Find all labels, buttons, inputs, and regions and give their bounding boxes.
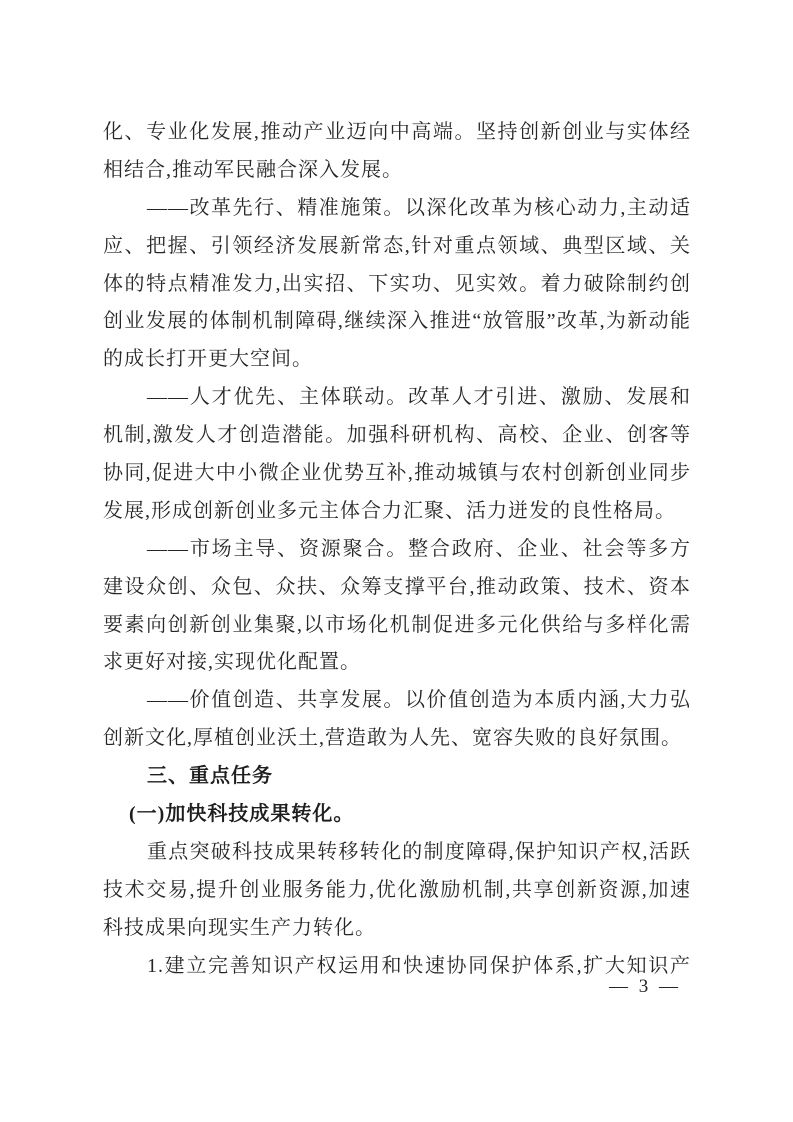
text-line: 要素向创新创业集聚,以市场化机制促进多元化供给与多样化需 [103, 607, 691, 645]
text-line: 建设众创、众包、众扶、众筹支撑平台,推动政策、技术、资本等各类 [103, 569, 691, 607]
document-body: 化、专业化发展,推动产业迈向中高端。坚持创新创业与实体经济相结合,推动军民融合深… [103, 114, 691, 985]
text-line: 应、把握、引领经济发展新常态,针对重点领域、典型区域、关键群 [103, 228, 691, 266]
text-line: (一)加快科技成果转化。 [103, 796, 691, 834]
text-line: 创新文化,厚植创业沃土,营造敢为人先、宽容失败的良好氛围。 [103, 720, 691, 758]
text-line: 化、专业化发展,推动产业迈向中高端。坚持创新创业与实体经济 [103, 114, 691, 152]
text-line: 机制,激发人才创造潜能。加强科研机构、高校、企业、创客等主体 [103, 417, 691, 455]
text-line: 的成长打开更大空间。 [103, 341, 691, 379]
text-line: 发展,形成创新创业多元主体合力汇聚、活力迸发的良性格局。 [103, 493, 691, 531]
text-line: 重点突破科技成果转移转化的制度障碍,保护知识产权,活跃 [103, 834, 691, 872]
text-line: 体的特点精准发力,出实招、下实功、见实效。着力破除制约创新 [103, 266, 691, 304]
page-number: — 3 — [609, 971, 681, 1003]
text-line: 协同,促进大中小微企业优势互补,推动城镇与农村创新创业同步 [103, 455, 691, 493]
text-line: 创业发展的体制机制障碍,继续深入推进“放管服”改革,为新动能 [103, 303, 691, 341]
text-line: 求更好对接,实现优化配置。 [103, 644, 691, 682]
text-line: 相结合,推动军民融合深入发展。 [103, 152, 691, 190]
text-line: 三、重点任务 [103, 758, 691, 796]
text-line: ——人才优先、主体联动。改革人才引进、激励、发展和评价 [103, 379, 691, 417]
text-line: 科技成果向现实生产力转化。 [103, 910, 691, 948]
document-page: 化、专业化发展,推动产业迈向中高端。坚持创新创业与实体经济相结合,推动军民融合深… [0, 0, 793, 1122]
text-line: ——价值创造、共享发展。以价值创造为本质内涵,大力弘扬 [103, 682, 691, 720]
text-line: ——改革先行、精准施策。以深化改革为核心动力,主动适 [103, 190, 691, 228]
text-line: ——市场主导、资源聚合。整合政府、企业、社会等多方资源, [103, 531, 691, 569]
text-line: 1.建立完善知识产权运用和快速协同保护体系,扩大知识产 [103, 948, 691, 986]
text-line: 技术交易,提升创业服务能力,优化激励机制,共享创新资源,加速 [103, 872, 691, 910]
